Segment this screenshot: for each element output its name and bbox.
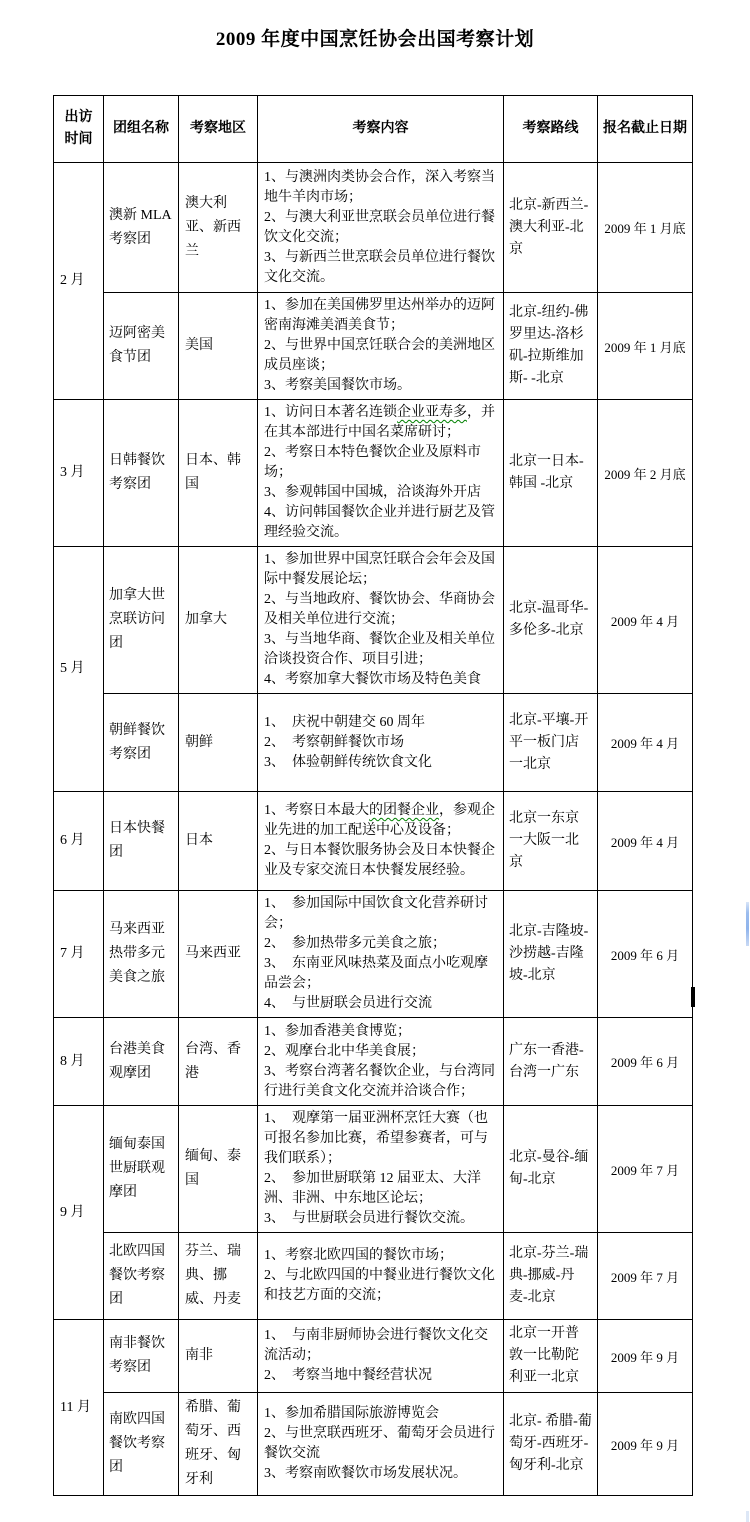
table-row: 朝鲜餐饮考察团朝鲜1、 庆祝中朝建交 60 周年2、 考察朝鲜餐饮市场3、 体验… — [54, 694, 693, 792]
column-header-time: 出访 时间 — [54, 96, 104, 163]
cell-deadline: 2009 年 9 月 — [598, 1393, 693, 1496]
cell-deadline: 2009 年 1 月底 — [598, 293, 693, 400]
cell-region: 日本 — [179, 792, 258, 891]
cell-content: 1、考察日本最大的团餐企业，参观企业先进的加工配送中心及设备；2、与日本餐饮服务… — [258, 792, 504, 891]
cell-month: 3 月 — [54, 400, 104, 547]
content-item: 4、 与世厨联会员进行交流 — [264, 994, 497, 1014]
content-item: 1、访问日本著名连锁企业亚寿多，并在其本部进行中国名菜席研讨； — [264, 403, 497, 443]
cell-group: 朝鲜餐饮考察团 — [104, 694, 179, 792]
content-item: 1、与澳洲肉类协会合作，深入考察当地牛羊肉市场； — [264, 168, 497, 208]
spellcheck-underlined-text: 的团餐企业 — [369, 803, 439, 818]
cell-deadline: 2009 年 6 月 — [598, 1018, 693, 1106]
content-text: 1、参加香港美食博览； — [264, 1024, 411, 1039]
content-text: 2、考察日本特色餐饮企业及原料市场； — [264, 445, 481, 480]
content-text: 3、考察美国餐饮市场。 — [264, 378, 411, 393]
cell-region: 南非 — [179, 1320, 258, 1393]
cell-region: 芬兰、瑞典、挪威、丹麦 — [179, 1233, 258, 1320]
cell-region: 台湾、香港 — [179, 1018, 258, 1106]
content-text: 2、 参加热带多元美食之旅； — [264, 936, 446, 951]
content-text: 1、 参加国际中国饮食文化营养研讨会； — [264, 896, 488, 931]
content-item: 3、考察南欧餐饮市场发展状况。 — [264, 1464, 497, 1484]
content-text: 2、与世烹联西班牙、葡萄牙会员进行餐饮交流 — [264, 1426, 495, 1461]
cell-deadline: 2009 年 4 月 — [598, 694, 693, 792]
cell-month: 9 月 — [54, 1106, 104, 1320]
content-item: 3、与当地华商、餐饮企业及相关单位洽谈投资合作、项目引进； — [264, 630, 497, 670]
cell-route: 北京一开普敦一比勒陀利亚一北京 — [504, 1320, 598, 1393]
spellcheck-underlined-text: 企业亚寿多 — [397, 405, 467, 420]
content-item: 3、参观韩国中国城，洽谈海外开店 — [264, 483, 497, 503]
cell-group: 台港美食观摩团 — [104, 1018, 179, 1106]
content-text: 1、参加希腊国际旅游博览会 — [264, 1406, 439, 1421]
cell-region: 朝鲜 — [179, 694, 258, 792]
content-item: 1、 与南非厨师协会进行餐饮文化交流活动； — [264, 1326, 497, 1366]
column-header-group: 团组名称 — [104, 96, 179, 163]
cell-month: 7 月 — [54, 891, 104, 1018]
cell-deadline: 2009 年 7 月 — [598, 1106, 693, 1233]
content-text: 1、考察北欧四国的餐饮市场； — [264, 1248, 453, 1263]
content-item: 2、观摩台北中华美食展； — [264, 1042, 497, 1062]
cell-region: 日本、韩国 — [179, 400, 258, 547]
cell-content: 1、参加世界中国烹饪联合会年会及国际中餐发展论坛；2、与当地政府、餐饮协会、华商… — [258, 547, 504, 694]
cell-route: 北京-温哥华-多伦多-北京 — [504, 547, 598, 694]
cell-content: 1、 参加国际中国饮食文化营养研讨会；2、 参加热带多元美食之旅；3、 东南亚风… — [258, 891, 504, 1018]
content-text: 2、 考察朝鲜餐饮市场 — [264, 735, 404, 750]
cell-group: 加拿大世烹联访问团 — [104, 547, 179, 694]
content-text: 1、 观摩第一届亚洲杯烹饪大赛（也可报名参加比赛，希望参赛者，可与我们联系）； — [264, 1111, 488, 1166]
cell-content: 1、参加在美国佛罗里达州举办的迈阿密南海滩美酒美食节；2、与世界中国烹饪联合会的… — [258, 293, 504, 400]
cell-content: 1、 与南非厨师协会进行餐饮文化交流活动；2、 考察当地中餐经营状况 — [258, 1320, 504, 1393]
header-row: 出访 时间 团组名称 考察地区 考察内容 考察路线 报名截止日期 — [54, 96, 693, 163]
cell-content: 1、与澳洲肉类协会合作，深入考察当地牛羊肉市场；2、与澳大利亚世烹联会员单位进行… — [258, 163, 504, 293]
cell-route: 北京-吉隆坡-沙捞越-吉隆坡-北京 — [504, 891, 598, 1018]
cell-deadline: 2009 年 1 月底 — [598, 163, 693, 293]
cell-group: 日韩餐饮考察团 — [104, 400, 179, 547]
content-text: 4、考察加拿大餐饮市场及特色美食 — [264, 672, 481, 687]
content-text: 2、 考察当地中餐经营状况 — [264, 1368, 432, 1383]
content-item: 4、访问韩国餐饮企业并进行厨艺及管理经验交流。 — [264, 503, 497, 543]
cell-content: 1、参加香港美食博览；2、观摩台北中华美食展；3、考察台湾著名餐饮企业，与台湾同… — [258, 1018, 504, 1106]
cell-route: 广东一香港-台湾一广东 — [504, 1018, 598, 1106]
content-item: 2、与澳大利亚世烹联会员单位进行餐饮文化交流； — [264, 208, 497, 248]
cell-content: 1、访问日本著名连锁企业亚寿多，并在其本部进行中国名菜席研讨；2、考察日本特色餐… — [258, 400, 504, 547]
content-item: 1、参加世界中国烹饪联合会年会及国际中餐发展论坛； — [264, 550, 497, 590]
cell-deadline: 2009 年 4 月 — [598, 792, 693, 891]
content-text: 4、 与世厨联会员进行交流 — [264, 996, 432, 1011]
scrollbar-fragment-bottom — [746, 1511, 749, 1522]
cell-route: 北京- 希腊-葡萄牙-西班牙-匈牙利-北京 — [504, 1393, 598, 1496]
content-text: 3、 东南亚风味热菜及面点小吃观摩品尝会； — [264, 956, 488, 991]
content-item: 2、 参加世厨联第 12 届亚太、大洋洲、非洲、中东地区论坛； — [264, 1169, 497, 1209]
content-text: 1、与澳洲肉类协会合作，深入考察当地牛羊肉市场； — [264, 170, 495, 205]
cell-region: 美国 — [179, 293, 258, 400]
content-item: 2、 参加热带多元美食之旅； — [264, 934, 497, 954]
border-mark-artifact — [691, 987, 695, 1007]
column-header-region: 考察地区 — [179, 96, 258, 163]
content-item: 1、 庆祝中朝建交 60 周年 — [264, 713, 497, 733]
cell-content: 1、 观摩第一届亚洲杯烹饪大赛（也可报名参加比赛，希望参赛者，可与我们联系）；2… — [258, 1106, 504, 1233]
content-item: 2、与世界中国烹饪联合会的美洲地区成员座谈； — [264, 336, 497, 376]
cell-deadline: 2009 年 9 月 — [598, 1320, 693, 1393]
cell-month: 2 月 — [54, 163, 104, 400]
column-header-content: 考察内容 — [258, 96, 504, 163]
cell-month: 5 月 — [54, 547, 104, 792]
page-title: 2009 年度中国烹饪协会出国考察计划 — [0, 24, 750, 51]
cell-deadline: 2009 年 6 月 — [598, 891, 693, 1018]
inspection-plan-table: 出访 时间 团组名称 考察地区 考察内容 考察路线 报名截止日期 2 月澳新 M… — [53, 95, 693, 1496]
cell-region: 加拿大 — [179, 547, 258, 694]
content-item: 1、考察日本最大的团餐企业，参观企业先进的加工配送中心及设备； — [264, 801, 497, 841]
table-row: 3 月日韩餐饮考察团日本、韩国1、访问日本著名连锁企业亚寿多，并在其本部进行中国… — [54, 400, 693, 547]
content-item: 2、与日本餐饮服务协会及日本快餐企业及专家交流日本快餐发展经验。 — [264, 841, 497, 881]
cell-region: 缅甸、泰国 — [179, 1106, 258, 1233]
content-item: 1、参加香港美食博览； — [264, 1022, 497, 1042]
cell-month: 8 月 — [54, 1018, 104, 1106]
content-item: 3、与新西兰世烹联会员单位进行餐饮文化交流。 — [264, 248, 497, 288]
content-item: 1、 参加国际中国饮食文化营养研讨会； — [264, 894, 497, 934]
cell-group: 迈阿密美食节团 — [104, 293, 179, 400]
content-text: 2、 参加世厨联第 12 届亚太、大洋洲、非洲、中东地区论坛； — [264, 1171, 481, 1206]
cell-group: 北欧四国餐饮考察团 — [104, 1233, 179, 1320]
table-row: 11 月南非餐饮考察团南非1、 与南非厨师协会进行餐饮文化交流活动；2、 考察当… — [54, 1320, 693, 1393]
content-item: 3、考察台湾著名餐饮企业，与台湾同行进行美食文化交流并洽谈合作； — [264, 1062, 497, 1102]
cell-group: 马来西亚热带多元美食之旅 — [104, 891, 179, 1018]
content-text: 2、与世界中国烹饪联合会的美洲地区成员座谈； — [264, 338, 495, 373]
content-text: 1、参加世界中国烹饪联合会年会及国际中餐发展论坛； — [264, 552, 495, 587]
cell-route: 北京-曼谷-缅甸-北京 — [504, 1106, 598, 1233]
content-text: 2、观摩台北中华美食展； — [264, 1044, 425, 1059]
content-text: 2、与当地政府、餐饮协会、华商协会及相关单位进行交流； — [264, 592, 495, 627]
plan-table-body: 2 月澳新 MLA 考察团澳大利亚、新西兰1、与澳洲肉类协会合作，深入考察当地牛… — [54, 163, 693, 1496]
table-row: 北欧四国餐饮考察团芬兰、瑞典、挪威、丹麦1、考察北欧四国的餐饮市场；2、与北欧四… — [54, 1233, 693, 1320]
content-text: 3、参观韩国中国城，洽谈海外开店 — [264, 485, 481, 500]
content-text: 4、访问韩国餐饮企业并进行厨艺及管理经验交流。 — [264, 505, 495, 540]
table-row: 8 月台港美食观摩团台湾、香港1、参加香港美食博览；2、观摩台北中华美食展；3、… — [54, 1018, 693, 1106]
content-text: 3、与当地华商、餐饮企业及相关单位洽谈投资合作、项目引进； — [264, 632, 495, 667]
content-text: 1、参加在美国佛罗里达州举办的迈阿密南海滩美酒美食节； — [264, 298, 495, 333]
content-text: 1、访问日本著名连锁 — [264, 405, 397, 420]
content-item: 3、 与世厨联会员进行餐饮交流。 — [264, 1209, 497, 1229]
cell-deadline: 2009 年 7 月 — [598, 1233, 693, 1320]
cell-month: 11 月 — [54, 1320, 104, 1496]
cell-route: 北京-纽约-佛罗里达-洛杉矶-拉斯维加斯- -北京 — [504, 293, 598, 400]
content-text: 1、 与南非厨师协会进行餐饮文化交流活动； — [264, 1328, 488, 1363]
cell-region: 希腊、葡萄牙、西班牙、匈牙利 — [179, 1393, 258, 1496]
cell-route: 北京-新西兰-澳大利亚-北京 — [504, 163, 598, 293]
content-text: 3、与新西兰世烹联会员单位进行餐饮文化交流。 — [264, 250, 495, 285]
table-row: 2 月澳新 MLA 考察团澳大利亚、新西兰1、与澳洲肉类协会合作，深入考察当地牛… — [54, 163, 693, 293]
content-text: 3、 体验朝鲜传统饮食文化 — [264, 755, 432, 770]
cell-route: 北京-芬兰-瑞典-挪威-丹麦-北京 — [504, 1233, 598, 1320]
content-item: 3、 体验朝鲜传统饮食文化 — [264, 753, 497, 773]
content-item: 1、 观摩第一届亚洲杯烹饪大赛（也可报名参加比赛，希望参赛者，可与我们联系）； — [264, 1109, 497, 1169]
scrollbar-fragment[interactable] — [746, 902, 749, 946]
cell-region: 马来西亚 — [179, 891, 258, 1018]
table-row: 6 月日本快餐团日本1、考察日本最大的团餐企业，参观企业先进的加工配送中心及设备… — [54, 792, 693, 891]
content-item: 2、 考察当地中餐经营状况 — [264, 1366, 497, 1386]
cell-group: 缅甸泰国世厨联观摩团 — [104, 1106, 179, 1233]
cell-group: 南欧四国餐饮考察团 — [104, 1393, 179, 1496]
cell-content: 1、参加希腊国际旅游博览会2、与世烹联西班牙、葡萄牙会员进行餐饮交流3、考察南欧… — [258, 1393, 504, 1496]
cell-deadline: 2009 年 4 月 — [598, 547, 693, 694]
cell-month: 6 月 — [54, 792, 104, 891]
cell-group: 南非餐饮考察团 — [104, 1320, 179, 1393]
column-header-route: 考察路线 — [504, 96, 598, 163]
content-item: 3、考察美国餐饮市场。 — [264, 376, 497, 396]
table-row: 7 月马来西亚热带多元美食之旅马来西亚1、 参加国际中国饮食文化营养研讨会；2、… — [54, 891, 693, 1018]
content-text: 1、考察日本最大 — [264, 803, 369, 818]
cell-group: 日本快餐团 — [104, 792, 179, 891]
cell-group: 澳新 MLA 考察团 — [104, 163, 179, 293]
content-item: 4、考察加拿大餐饮市场及特色美食 — [264, 670, 497, 690]
cell-content: 1、 庆祝中朝建交 60 周年2、 考察朝鲜餐饮市场3、 体验朝鲜传统饮食文化 — [258, 694, 504, 792]
cell-route: 北京一日本-韩国 -北京 — [504, 400, 598, 547]
content-item: 2、与世烹联西班牙、葡萄牙会员进行餐饮交流 — [264, 1424, 497, 1464]
content-item: 1、参加希腊国际旅游博览会 — [264, 1404, 497, 1424]
table-row: 迈阿密美食节团美国1、参加在美国佛罗里达州举办的迈阿密南海滩美酒美食节；2、与世… — [54, 293, 693, 400]
content-item: 2、与北欧四国的中餐业进行餐饮文化和技艺方面的交流； — [264, 1266, 497, 1306]
cell-route: 北京一东京一大阪一北京 — [504, 792, 598, 891]
cell-content: 1、考察北欧四国的餐饮市场；2、与北欧四国的中餐业进行餐饮文化和技艺方面的交流； — [258, 1233, 504, 1320]
content-item: 1、考察北欧四国的餐饮市场； — [264, 1246, 497, 1266]
column-header-deadline: 报名截止日期 — [598, 96, 693, 163]
cell-deadline: 2009 年 2 月底 — [598, 400, 693, 547]
table-row: 南欧四国餐饮考察团希腊、葡萄牙、西班牙、匈牙利1、参加希腊国际旅游博览会2、与世… — [54, 1393, 693, 1496]
content-text: 3、考察台湾著名餐饮企业，与台湾同行进行美食文化交流并洽谈合作； — [264, 1064, 495, 1099]
cell-route: 北京-平壤-开平一板门店一北京 — [504, 694, 598, 792]
table-row: 5 月加拿大世烹联访问团加拿大1、参加世界中国烹饪联合会年会及国际中餐发展论坛；… — [54, 547, 693, 694]
content-text: 1、 庆祝中朝建交 60 周年 — [264, 715, 425, 730]
content-text: 3、考察南欧餐饮市场发展状况。 — [264, 1466, 467, 1481]
content-item: 2、考察日本特色餐饮企业及原料市场； — [264, 443, 497, 483]
content-text: 2、与北欧四国的中餐业进行餐饮文化和技艺方面的交流； — [264, 1268, 495, 1303]
content-item: 2、 考察朝鲜餐饮市场 — [264, 733, 497, 753]
content-text: 3、 与世厨联会员进行餐饮交流。 — [264, 1211, 474, 1226]
content-item: 3、 东南亚风味热菜及面点小吃观摩品尝会； — [264, 954, 497, 994]
cell-region: 澳大利亚、新西兰 — [179, 163, 258, 293]
content-item: 1、参加在美国佛罗里达州举办的迈阿密南海滩美酒美食节； — [264, 296, 497, 336]
table-row: 9 月缅甸泰国世厨联观摩团缅甸、泰国1、 观摩第一届亚洲杯烹饪大赛（也可报名参加… — [54, 1106, 693, 1233]
content-text: 2、与澳大利亚世烹联会员单位进行餐饮文化交流； — [264, 210, 495, 245]
content-text: 2、与日本餐饮服务协会及日本快餐企业及专家交流日本快餐发展经验。 — [264, 843, 495, 878]
content-item: 2、与当地政府、餐饮协会、华商协会及相关单位进行交流； — [264, 590, 497, 630]
